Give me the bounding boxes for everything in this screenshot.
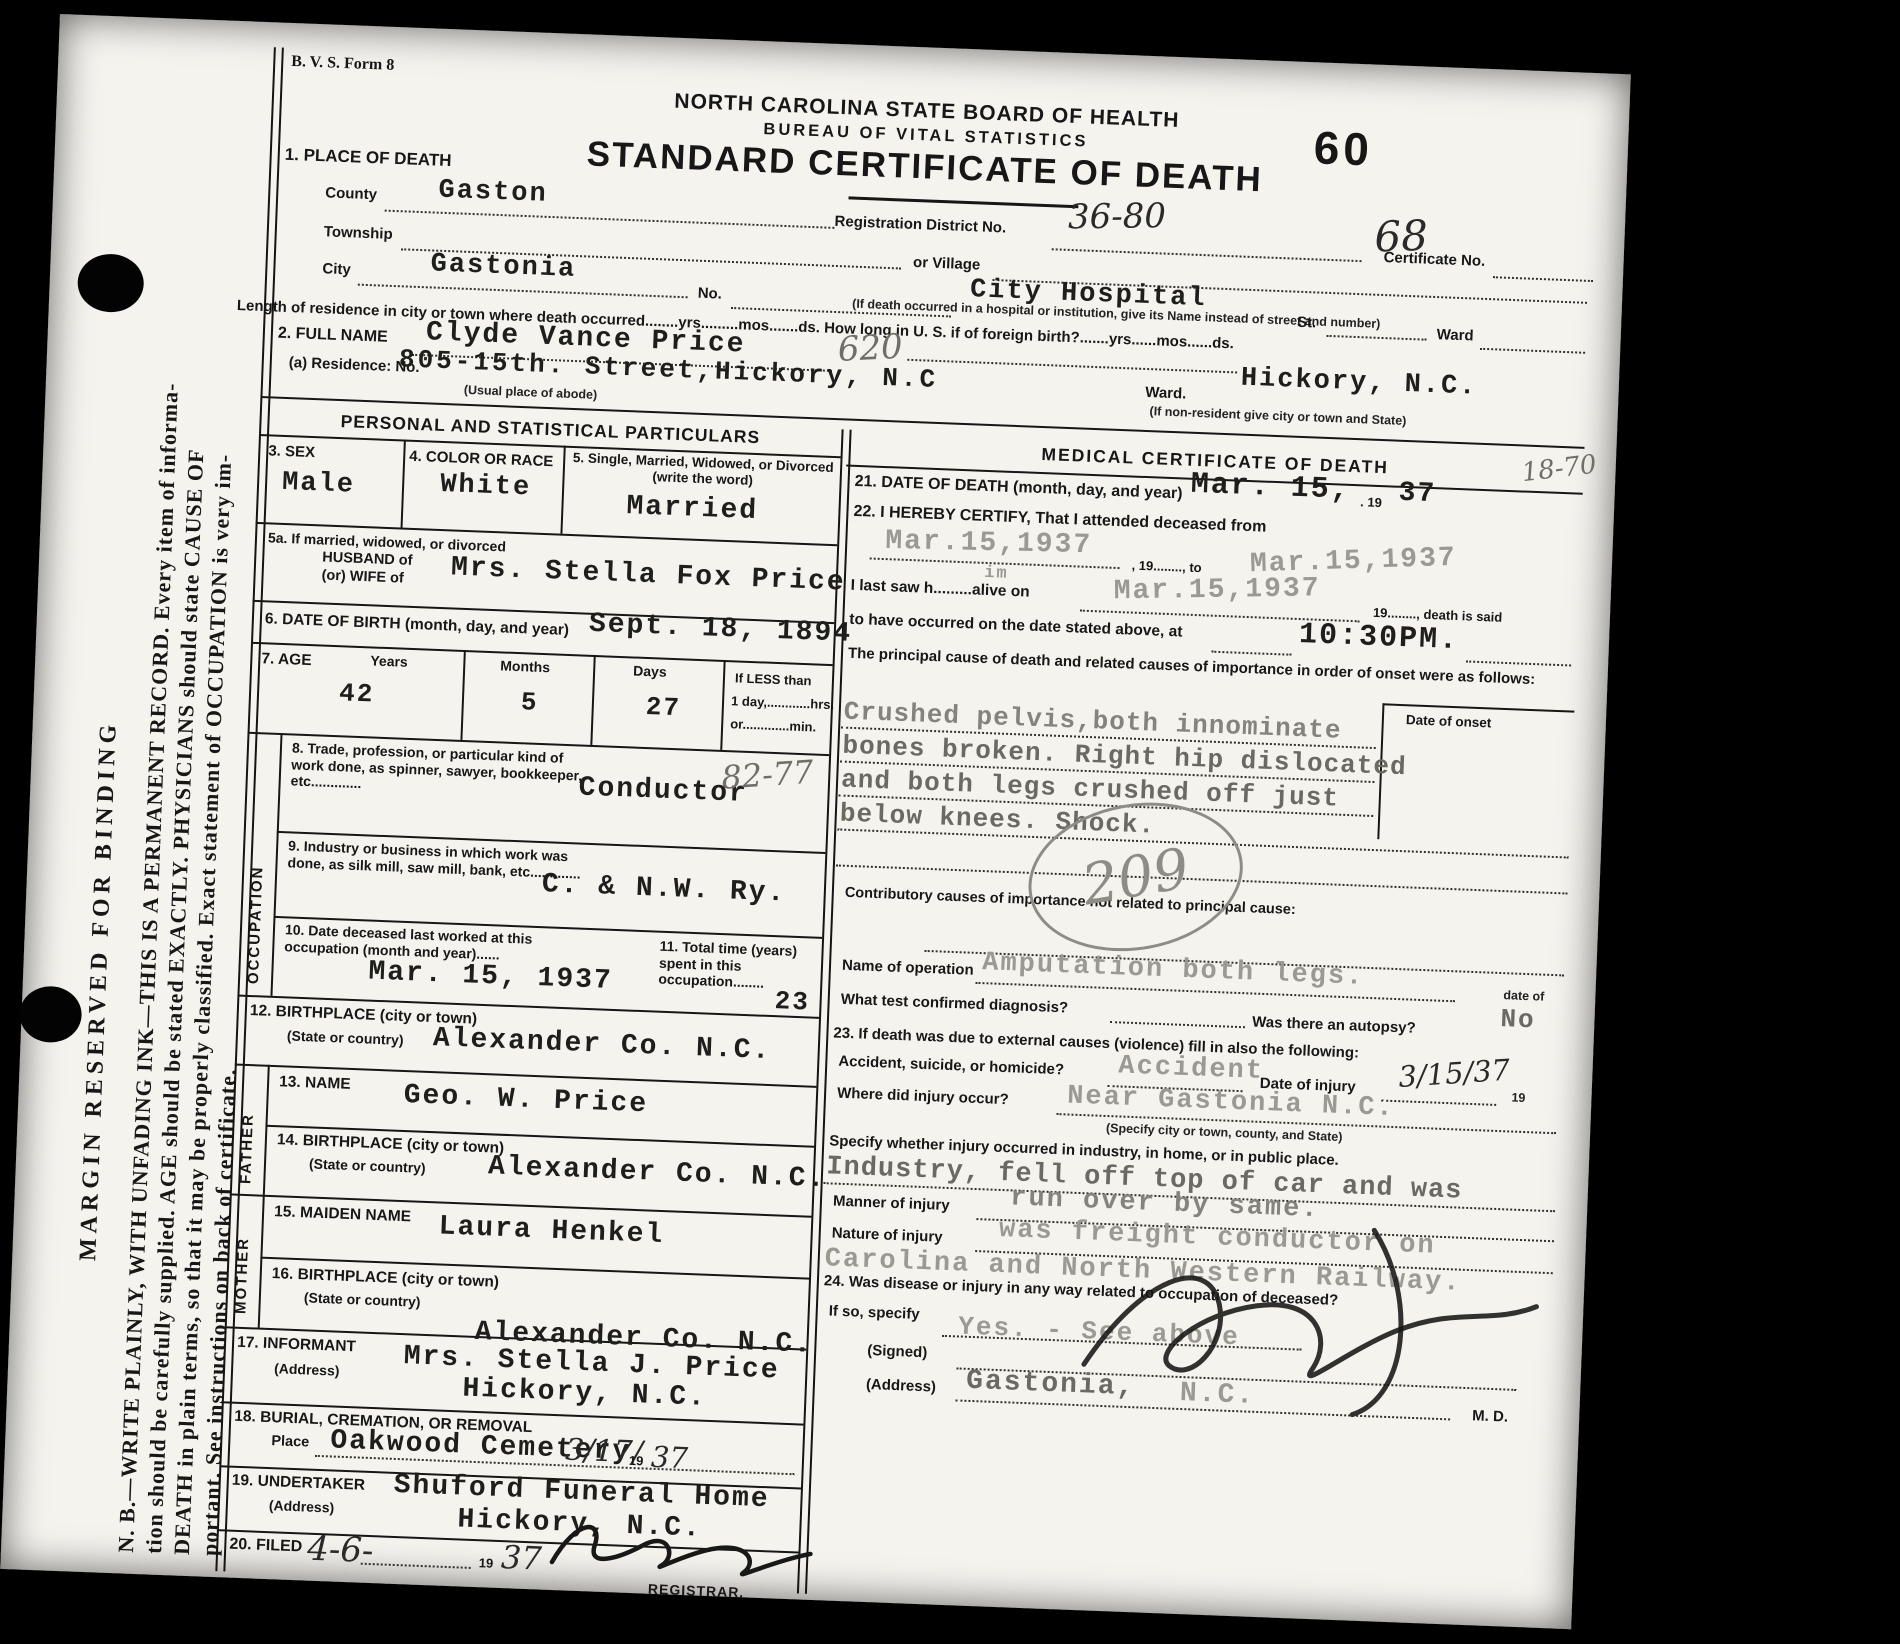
cell-rule [590,655,595,745]
date-of-death-value: Mar. 15, [1190,468,1351,508]
cert-19-to-label: , 19........, to [1131,558,1202,576]
undertaker-label: 19. UNDERTAKER [231,1472,365,1495]
city-label: City [322,260,351,279]
if-less-label2: 1 day,............hrs. [731,693,835,712]
industry-label: 9. Industry or business in which work wa… [287,837,583,881]
certificate-paper: MARGIN RESERVED FOR BINDING N. B.—WRITE … [0,14,1631,1629]
father-birthplace-value: Alexander Co. N.C. [487,1151,826,1195]
maiden-name-value: Laura Henkel [438,1211,665,1251]
registrar-label: REGISTRAR. [648,1581,745,1601]
dotted-line [1381,1100,1496,1106]
race-label: 4. COLOR OR RACE [409,448,554,471]
total-time-label: 11. Total time (years) spent in this occ… [658,938,825,994]
form-number: B. V. S. Form 8 [291,53,395,76]
county-label: County [325,184,377,204]
section-place-of-death: 1. PLACE OF DEATH [284,145,452,171]
dob-value: Sept. 18, 1894 [588,609,852,650]
dotted-line [1211,651,1291,656]
scanned-death-certificate: { "colors":{"paper":"#f5f3ee","ink":"#1a… [0,0,1900,1644]
sex-label: 3. SEX [268,442,315,461]
marital-value: Married [626,491,759,527]
mother-birthplace-label: 16. BIRTHPLACE (city or town) [271,1265,499,1292]
birthplace-value: Alexander Co. N.C. [432,1023,771,1067]
months-label: Months [500,657,550,675]
registration-district-value: 36-80 [1068,196,1167,237]
certificate-no-label: Certificate No. [1383,249,1485,271]
father-birthplace-label: 14. BIRTHPLACE (city or town) [277,1131,505,1158]
trade-label: 8. Trade, profession, or particular kind… [290,739,587,800]
years-label: Years [370,652,408,670]
operation-date-label: date of [1503,988,1544,1004]
informant-label: 17. INFORMANT [237,1334,356,1357]
stamp-number: 60 [1313,120,1374,176]
wife-of-label: (or) WIFE of [321,567,404,587]
age-years-value: 42 [339,678,375,709]
physician-signature [1067,1204,1555,1432]
ward-label: Ward [1436,326,1474,345]
or-village-label: or Village [913,254,981,274]
address-value: Gastonia, [966,1366,1136,1403]
race-value: White [440,470,532,503]
age-months-value: 5 [520,687,539,718]
dod-19-label: . 19 [1360,494,1382,510]
side-rule [270,733,282,996]
cell-rule [401,440,406,528]
informant-address-label: (Address) [274,1360,340,1379]
husband-of-label: HUSBAND of [322,549,413,570]
age-days-value: 27 [645,692,681,723]
filed-19-label: 19 [479,1555,494,1571]
punch-hole-bottom [19,985,83,1043]
test-label: What test confirmed diagnosis? [840,991,1068,1017]
side-rule [258,1195,265,1328]
city-value: Gastonia [430,249,577,285]
filed-label: 20. FILED [229,1536,303,1558]
dotted-line [907,359,1237,374]
mother-side-label: MOTHER [232,1237,253,1315]
filed-year-hand: 37 [500,1538,542,1578]
dod-year-value: 37 [1398,478,1437,510]
address-label: (Address) [866,1376,937,1396]
if-less-label3: or.............min. [730,716,816,735]
father-name-value: Geo. W. Price [403,1080,648,1120]
operation-label: Name of operation [842,957,974,980]
dotted-line [1493,276,1593,282]
signed-label: (Signed) [867,1342,928,1362]
maiden-name-label: 15. MAIDEN NAME [274,1203,412,1227]
handwritten-code: 209 [1077,836,1193,918]
street-no-label: No. [697,285,722,304]
total-time-value: 23 [774,986,810,1017]
registration-district-label: Registration District No. [834,213,1006,237]
dob-label: 6. DATE OF BIRTH (month, day, and year) [265,610,570,640]
spouse-value: Mrs. Stella Fox Price [450,552,846,598]
handwritten-8277: 82-77 [720,753,815,797]
typed-im-artifact: im [984,564,1009,584]
mother-birthplace-label2: (State or country) [304,1289,421,1310]
where-injury-label: Where did injury occur? [837,1085,1009,1109]
cell-rule [460,650,465,740]
abode-note: (Usual place of abode) [464,383,598,402]
dotted-line [385,210,835,229]
accident-value: Accident [1118,1051,1265,1087]
sex-value: Male [282,468,356,501]
address-value2: N.C. [1179,1378,1255,1412]
occupation-side-label: OCCUPATION [245,865,267,984]
father-name-label: 13. NAME [279,1073,351,1094]
margin-binding-text: MARGIN RESERVED FOR BINDING [74,719,123,1261]
st-label: St. [1297,314,1317,332]
nature-label: Nature of injury [831,1225,942,1247]
dotted-line [361,1563,471,1569]
dotted-line [1110,1021,1245,1028]
undertaker-address-label: (Address) [269,1497,335,1516]
manner-label: Manner of injury [833,1193,950,1215]
side-rule [263,1065,270,1195]
dotted-line [1480,348,1585,354]
doi-19-label: 19 [1511,1091,1525,1106]
age-label: 7. AGE [261,650,312,670]
punch-hole-top [77,253,145,313]
date-of-onset-label: Date of onset [1406,712,1492,731]
autopsy-label: Was there an autopsy? [1252,1014,1416,1038]
township-label: Township [323,223,393,243]
dotted-line [1052,248,1362,262]
date-of-injury-value: 3/15/37 [1397,1053,1511,1094]
autopsy-value: No [1500,1004,1536,1035]
if-so-specify-label: If so, specify [828,1302,919,1323]
dotted-line [358,284,688,299]
last-saw-value: Mar.15,1937 [1114,573,1321,607]
industry-value: C. & N.W. Ry. [541,869,786,909]
cell-rule [720,660,725,750]
residence-ward-value: Hickory, N.C. [1240,364,1478,403]
attended-from-value: Mar.15,1937 [885,526,1092,561]
nonresident-note: (If non-resident give city or town and S… [1149,404,1406,428]
burial-place-label: Place [271,1433,310,1452]
time-of-death-value: 10:30PM. [1298,618,1459,658]
father-birthplace-label2: (State or country) [309,1155,426,1176]
residence-ward-label: Ward. [1145,384,1187,403]
if-less-label1: If LESS than [735,670,812,688]
occurred-at-label: to have occurred on the date stated abov… [849,611,1183,642]
birthplace-label2: (State or country) [287,1027,404,1048]
county-value: Gaston [438,176,548,210]
dotted-line [1327,335,1427,341]
title-underline [848,196,1078,208]
accident-label: Accident, suicide, or homicide? [838,1053,1064,1079]
days-label: Days [633,662,667,680]
md-label: M. D. [1472,1407,1508,1426]
cell-rule [560,446,565,534]
full-name-label: 2. FULL NAME [278,325,389,348]
registrar-signature [545,1504,818,1594]
dotted-line [1466,660,1571,666]
father-side-label: FATHER [237,1113,257,1185]
onset-box-rule [1382,703,1574,712]
